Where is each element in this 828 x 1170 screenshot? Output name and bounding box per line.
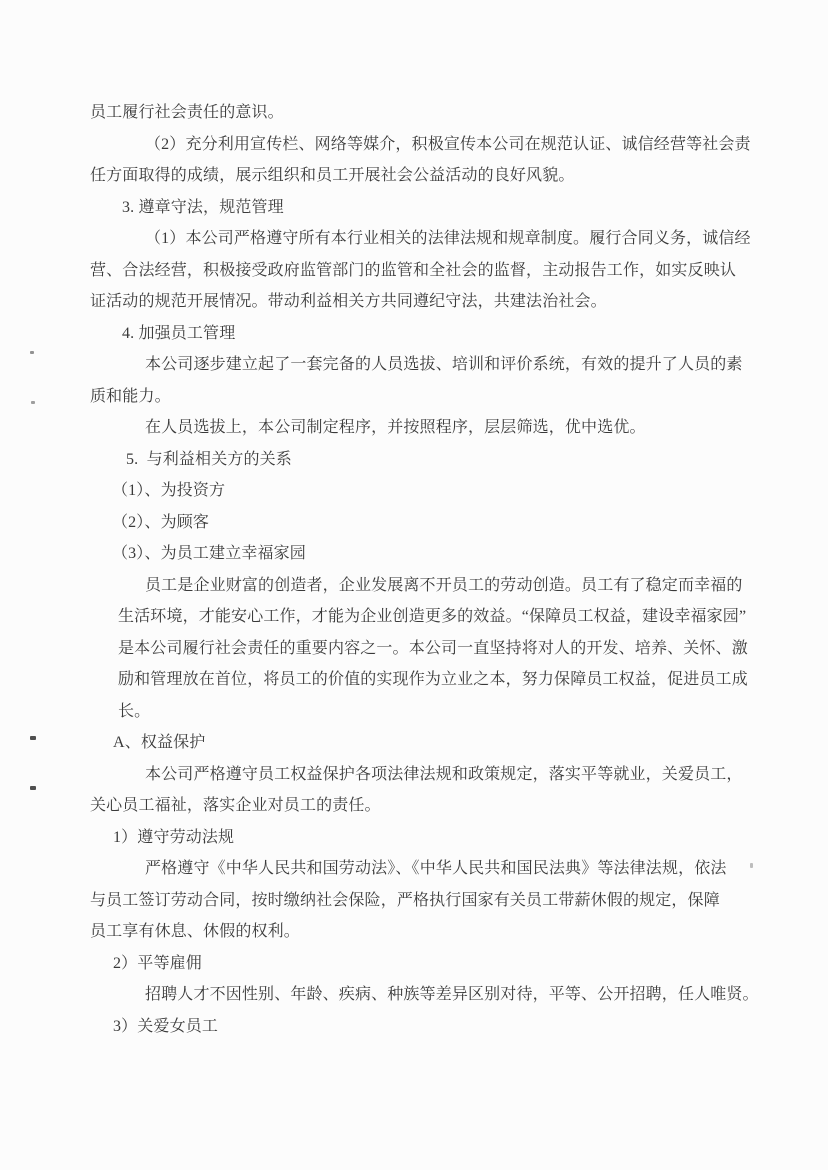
- scan-speck: [750, 863, 753, 868]
- text-line: 严格遵守《中华人民共和国劳动法》、《中华人民共和国民法典》等法律法规，依法: [145, 853, 828, 885]
- text-line: 任方面取得的成绩，展示组织和员工开展社会公益活动的良好风貌。: [90, 160, 828, 192]
- text-line: 营、合法经营，积极接受政府监管部门的监管和全社会的监督，主动报告工作，如实反映认: [90, 255, 828, 287]
- text-line: （2）充分利用宣传栏、网络等媒介，积极宣传本公司在规范认证、诚信经营等社会责: [145, 129, 828, 161]
- scan-speck: [31, 401, 35, 404]
- text-line: 励和管理放在首位，将员工的价值的实现作为立业之本，努力保障员工权益，促进员工成: [118, 664, 828, 696]
- subsection-heading: 1）遵守劳动法规: [113, 822, 828, 854]
- list-item: （3）、为员工建立幸福家园: [112, 538, 828, 570]
- subsection-heading: 3）关爱女员工: [113, 1011, 828, 1043]
- text-line: 员工履行社会责任的意识。: [90, 97, 828, 129]
- text-line: 员工享有休息、休假的权利。: [90, 916, 828, 948]
- scan-speck: [30, 786, 36, 790]
- scan-speck: [30, 351, 34, 354]
- section-heading: 4. 加强员工管理: [122, 318, 828, 350]
- subsection-heading: A、权益保护: [113, 727, 828, 759]
- list-item: （1）、为投资方: [112, 475, 828, 507]
- text-line: 招聘人才不因性别、年龄、疾病、种族等差异区别对待，平等、公开招聘，任人唯贤。: [145, 979, 828, 1011]
- text-line: （1）本公司严格遵守所有本行业相关的法律法规和规章制度。履行合同义务，诚信经: [145, 223, 828, 255]
- scanned-document-page: 员工履行社会责任的意识。 （2）充分利用宣传栏、网络等媒介，积极宣传本公司在规范…: [0, 0, 828, 1170]
- text-line: 关心员工福祉，落实企业对员工的责任。: [90, 790, 828, 822]
- text-line: 是本公司履行社会责任的重要内容之一。本公司一直坚持将对人的开发、培养、关怀、激: [118, 633, 828, 665]
- section-heading: 3. 遵章守法，规范管理: [122, 192, 828, 224]
- subsection-heading: 2）平等雇佣: [113, 948, 828, 980]
- text-line: 质和能力。: [90, 381, 828, 413]
- text-line: 本公司逐步建立起了一套完备的人员选拔、培训和评价系统，有效的提升了人员的素: [145, 349, 828, 381]
- text-line: 在人员选拔上，本公司制定程序，并按照程序，层层筛选，优中选优。: [145, 412, 828, 444]
- section-heading: 5. 与利益相关方的关系: [126, 444, 828, 476]
- document-body: 员工履行社会责任的意识。 （2）充分利用宣传栏、网络等媒介，积极宣传本公司在规范…: [0, 97, 828, 1042]
- text-line: 生活环境，才能安心工作，才能为企业创造更多的效益。“保障员工权益，建设幸福家园”: [118, 601, 828, 633]
- text-line: 证活动的规范开展情况。带动利益相关方共同遵纪守法，共建法治社会。: [90, 286, 828, 318]
- text-line: 本公司严格遵守员工权益保护各项法律法规和政策规定，落实平等就业，关爱员工，: [145, 759, 828, 791]
- text-line: 员工是企业财富的创造者，企业发展离不开员工的劳动创造。员工有了稳定而幸福的: [145, 570, 828, 602]
- text-line: 长。: [118, 696, 828, 728]
- list-item: （2）、为顾客: [112, 507, 828, 539]
- text-line: 与员工签订劳动合同，按时缴纳社会保险，严格执行国家有关员工带薪休假的规定，保障: [90, 885, 828, 917]
- scan-speck: [30, 736, 36, 740]
